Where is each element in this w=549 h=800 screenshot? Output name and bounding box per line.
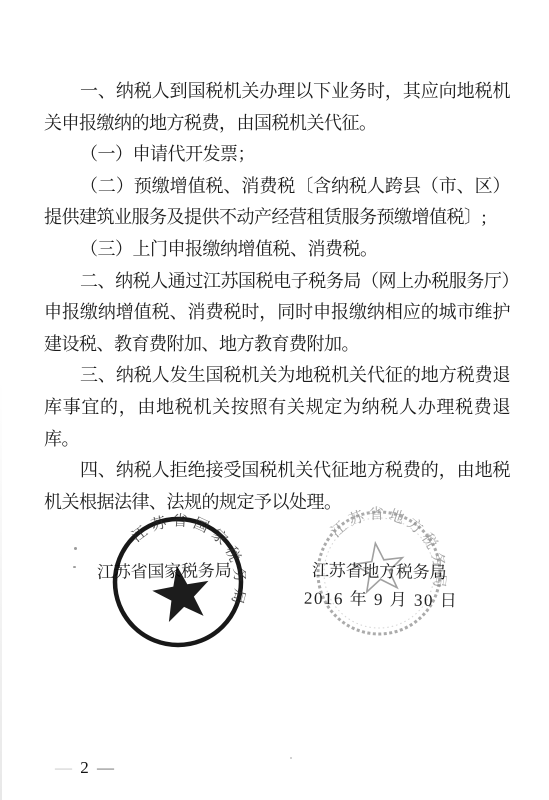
paragraph-5: 二、纳税人通过江苏国税电子税务局（网上办税服务厅）申报缴纳增值税、消费税时，同时… (44, 266, 510, 361)
page-number-value: 2 (80, 758, 91, 777)
page-number-right-dash: — (97, 758, 116, 777)
signature-state-tax-bureau: 江苏省国家税务局 (97, 556, 232, 583)
signature-date: 2016 年 9 月 30 日 (304, 584, 459, 612)
paragraph-6: 三、纳税人发生国税机关为地税机关代征的地方税费退库事宜的，由地税机关按照有关规定… (44, 360, 510, 455)
scan-speck (290, 757, 292, 759)
scan-speck (73, 566, 76, 568)
page-number: — 2 — (55, 758, 116, 778)
signature-local-tax-bureau: 江苏省地方税务局 (312, 556, 447, 583)
scan-speck (74, 547, 77, 550)
document-page: 一、纳税人到国税机关办理以下业务时，其应向地税机关申报缴纳的地方税费，由国税机关… (0, 0, 549, 800)
document-body: 一、纳税人到国税机关办理以下业务时，其应向地税机关申报缴纳的地方税费，由国税机关… (44, 76, 510, 518)
paragraph-2: （一）申请代开发票； (44, 139, 510, 171)
paragraph-3: （二）预缴增值税、消费税〔含纳税人跨县（市、区）提供建筑业服务及提供不动产经营租… (44, 171, 510, 234)
paragraph-1: 一、纳税人到国税机关办理以下业务时，其应向地税机关申报缴纳的地方税费，由国税机关… (44, 76, 510, 139)
paragraph-4: （三）上门申报缴纳增值税、消费税。 (44, 234, 510, 266)
page-number-left-dash: — (55, 758, 74, 777)
